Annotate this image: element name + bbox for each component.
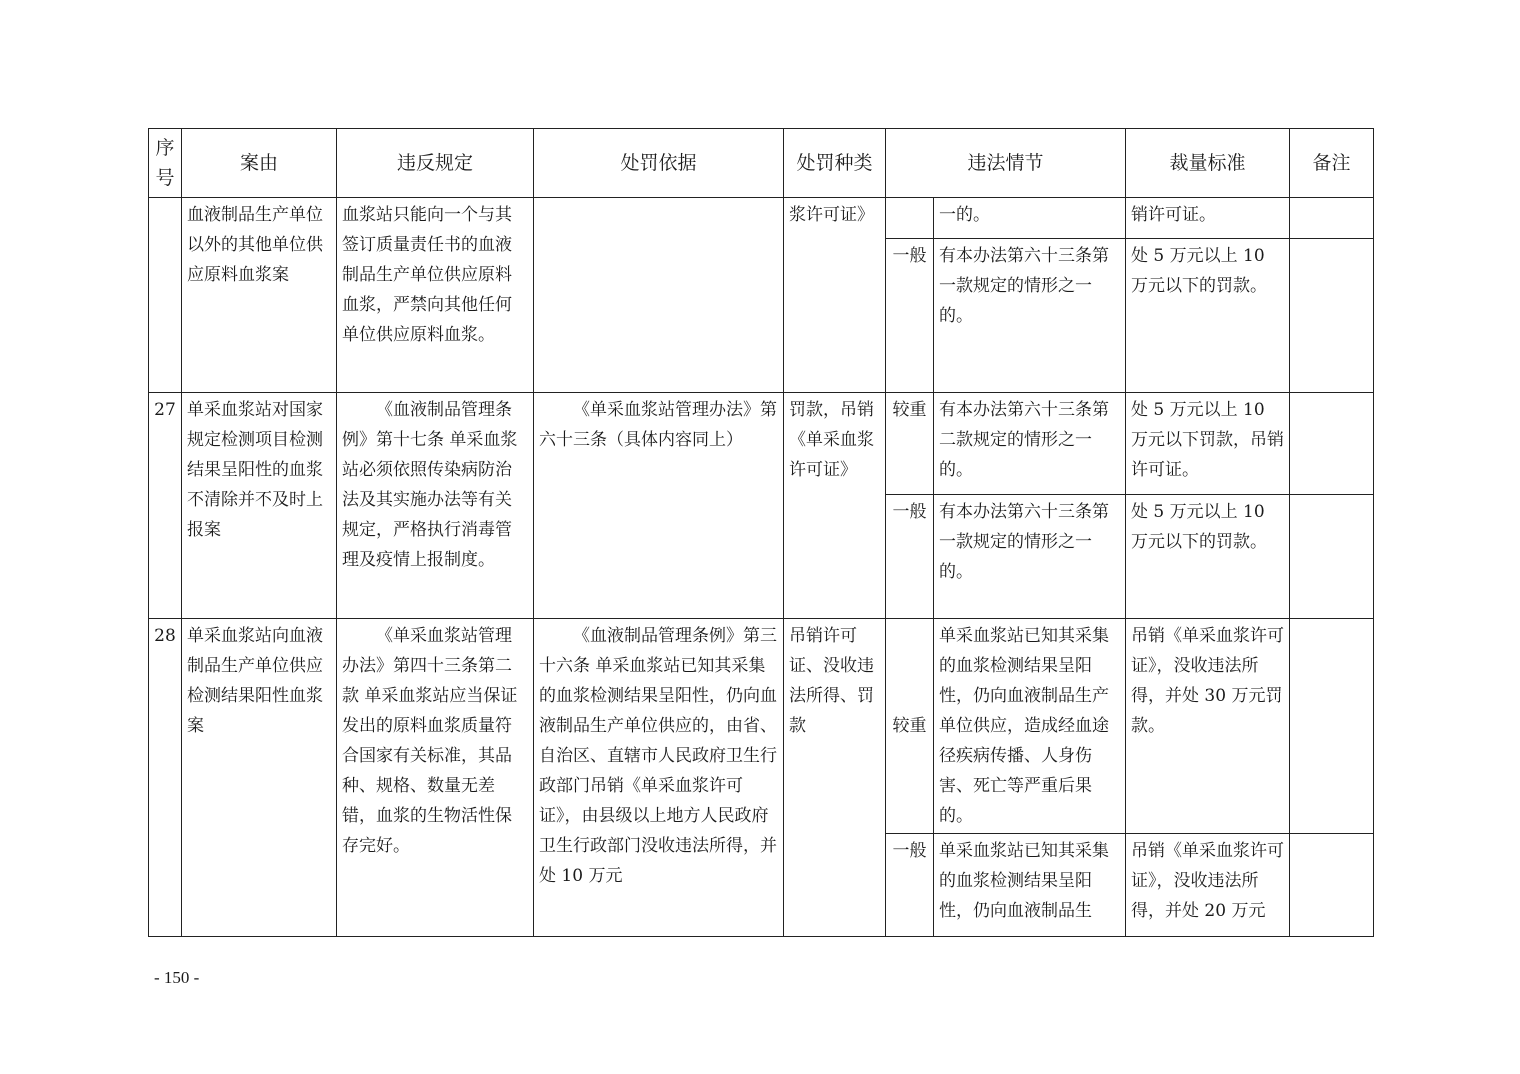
table-row: 28 单采血浆站向血液制品生产单位供应检测结果阳性血浆案 《单采血浆站管理办法》… <box>149 619 1374 834</box>
cell-circumstance: 有本办法第六十三条第二款规定的情形之一的。 <box>934 393 1126 495</box>
cell-seq <box>149 198 182 393</box>
cell-circumstance: 一的。 <box>934 198 1126 239</box>
header-seq: 序号 <box>149 129 182 198</box>
header-penalty-type: 处罚种类 <box>784 129 886 198</box>
cell-standard: 销许可证。 <box>1126 198 1290 239</box>
cell-standard: 吊销《单采血浆许可证》，没收违法所得，并处 30 万元罚款。 <box>1126 619 1290 834</box>
table-row: 血液制品生产单位以外的其他单位供应原料血浆案 血浆站只能向一个与其签订质量责任书… <box>149 198 1374 239</box>
penalty-discretion-table: 序号 案由 违反规定 处罚依据 处罚种类 违法情节 裁量标准 备注 血液制品生产… <box>148 128 1374 937</box>
cell-remark <box>1290 393 1374 495</box>
cell-violation: 《血液制品管理条例》第十七条 单采血浆站必须依照传染病防治法及其实施办法等有关规… <box>337 393 534 619</box>
cell-standard: 处 5 万元以上 10 万元以下的罚款。 <box>1126 495 1290 619</box>
cell-basis <box>534 198 784 393</box>
cell-standard: 处 5 万元以上 10 万元以下的罚款。 <box>1126 239 1290 393</box>
cell-seq: 27 <box>149 393 182 619</box>
table-row: 27 单采血浆站对国家规定检测项目检测结果呈阳性的血浆不清除并不及时上报案 《血… <box>149 393 1374 495</box>
cell-standard: 吊销《单采血浆许可证》，没收违法所得，并处 20 万元 <box>1126 834 1290 937</box>
header-case: 案由 <box>182 129 337 198</box>
cell-circumstance: 有本办法第六十三条第一款规定的情形之一的。 <box>934 239 1126 393</box>
cell-circumstance: 单采血浆站已知其采集的血浆检测结果呈阳性，仍向血液制品生 <box>934 834 1126 937</box>
cell-remark <box>1290 834 1374 937</box>
cell-level: 一般 <box>886 239 934 393</box>
cell-remark <box>1290 198 1374 239</box>
cell-circumstance: 有本办法第六十三条第一款规定的情形之一的。 <box>934 495 1126 619</box>
header-violation: 违反规定 <box>337 129 534 198</box>
cell-standard: 处 5 万元以上 10 万元以下罚款，吊销许可证。 <box>1126 393 1290 495</box>
cell-case: 单采血浆站对国家规定检测项目检测结果呈阳性的血浆不清除并不及时上报案 <box>182 393 337 619</box>
cell-basis: 《血液制品管理条例》第三十六条 单采血浆站已知其采集的血浆检测结果呈阳性，仍向血… <box>534 619 784 937</box>
header-basis: 处罚依据 <box>534 129 784 198</box>
cell-case: 单采血浆站向血液制品生产单位供应检测结果阳性血浆案 <box>182 619 337 937</box>
header-remark: 备注 <box>1290 129 1374 198</box>
cell-level: 一般 <box>886 834 934 937</box>
cell-penalty-type: 浆许可证》 <box>784 198 886 393</box>
page-number: - 150 - <box>154 968 199 988</box>
cell-remark <box>1290 495 1374 619</box>
cell-remark <box>1290 239 1374 393</box>
cell-penalty-type: 罚款，吊销《单采血浆许可证》 <box>784 393 886 619</box>
cell-penalty-type: 吊销许可证、没收违法所得、罚款 <box>784 619 886 937</box>
cell-level: 较重 <box>886 393 934 495</box>
cell-level: 较重 <box>886 619 934 834</box>
cell-seq: 28 <box>149 619 182 937</box>
cell-violation: 《单采血浆站管理办法》第四十三条第二款 单采血浆站应当保证发出的原料血浆质量符合… <box>337 619 534 937</box>
header-standard: 裁量标准 <box>1126 129 1290 198</box>
cell-level: 一般 <box>886 495 934 619</box>
cell-level <box>886 198 934 239</box>
cell-case: 血液制品生产单位以外的其他单位供应原料血浆案 <box>182 198 337 393</box>
cell-circumstance: 单采血浆站已知其采集的血浆检测结果呈阳性，仍向血液制品生产单位供应，造成经血途径… <box>934 619 1126 834</box>
header-row: 序号 案由 违反规定 处罚依据 处罚种类 违法情节 裁量标准 备注 <box>149 129 1374 198</box>
cell-basis: 《单采血浆站管理办法》第六十三条（具体内容同上） <box>534 393 784 619</box>
cell-remark <box>1290 619 1374 834</box>
cell-violation: 血浆站只能向一个与其签订质量责任书的血液制品生产单位供应原料血浆，严禁向其他任何… <box>337 198 534 393</box>
header-circumstance: 违法情节 <box>886 129 1126 198</box>
